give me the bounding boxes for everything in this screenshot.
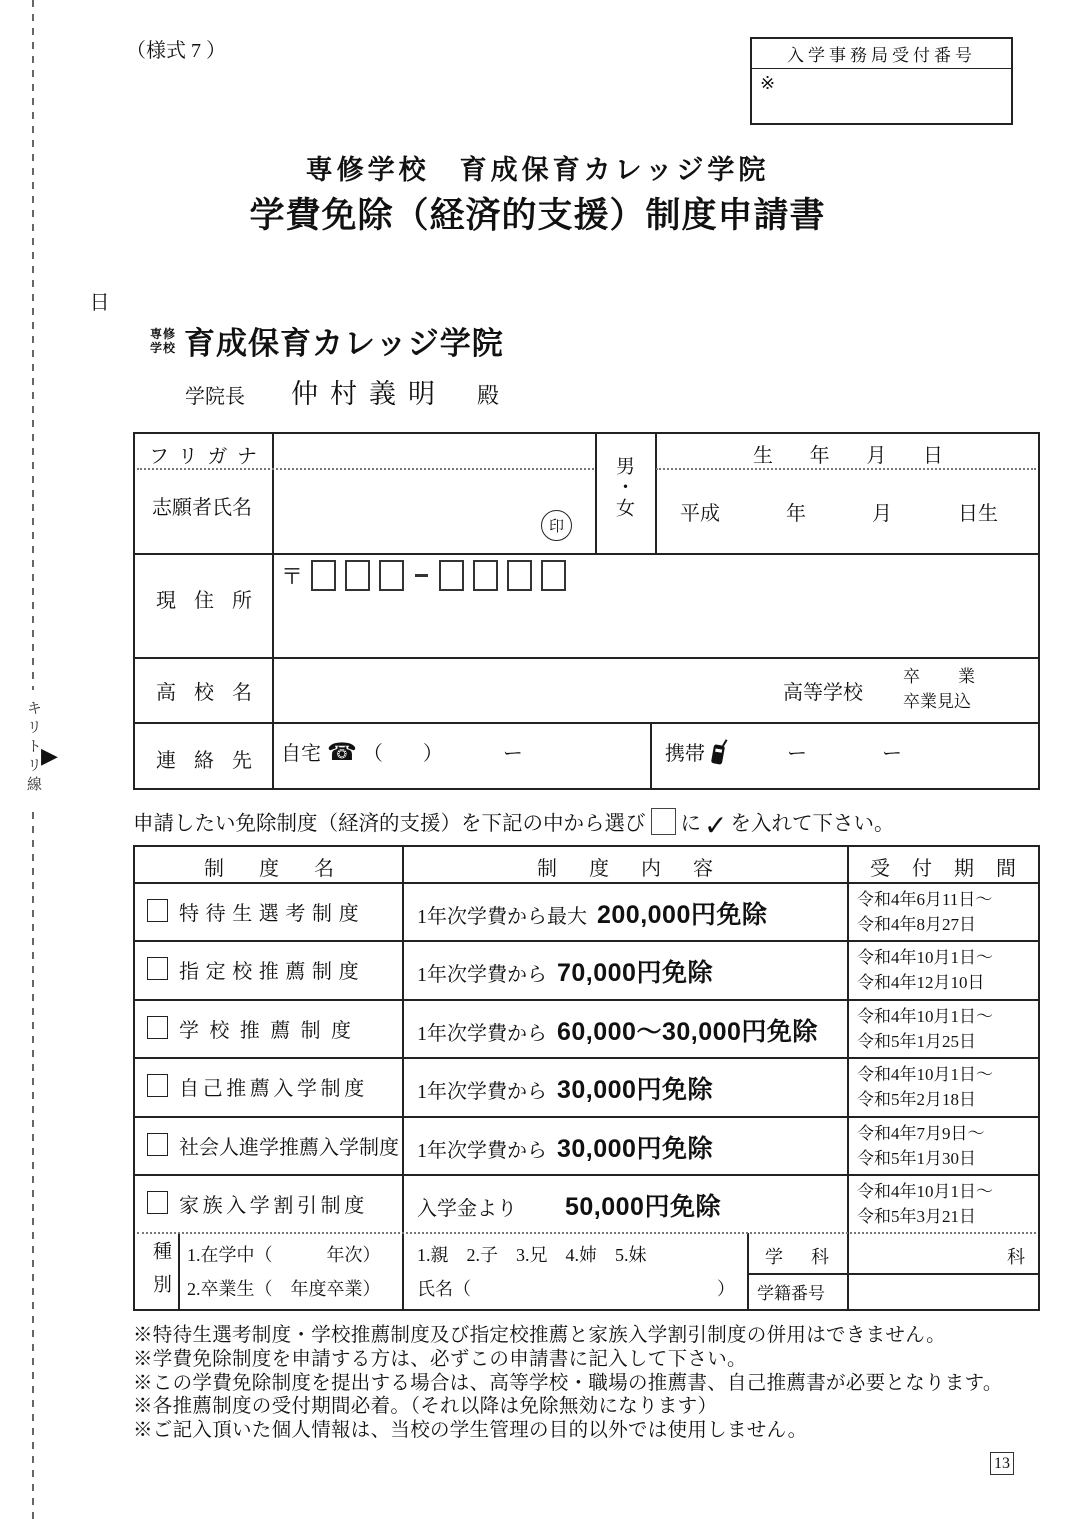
- seal-mark: 印: [541, 510, 572, 541]
- contact-label: 連絡先: [156, 744, 252, 773]
- school-name: 育成保育カレッジ学院: [460, 148, 770, 187]
- dean-line: 学院長 仲村義明 殿: [185, 372, 499, 411]
- exemption-programs-table: 制度名 制度内容 受付期間 特待生選考制度 1年次学費から最大200,000円免…: [133, 845, 1040, 1311]
- divider: [135, 657, 1038, 659]
- postal-digit-box[interactable]: [439, 560, 464, 591]
- checkbox-example-icon: [651, 808, 676, 835]
- program-desc: 1年次学費から最大200,000円免除: [417, 895, 767, 931]
- mobile-label: 携帯: [665, 737, 705, 766]
- home-phone-icon: ☎: [327, 738, 357, 766]
- checkbox-shiteiko[interactable]: [147, 957, 168, 980]
- birth-day-label: 日生: [958, 497, 998, 526]
- footnote: ※この学費免除制度を提出する場合は、高等学校・職場の推薦書、自己推薦書が必要とな…: [133, 1372, 1003, 1396]
- furigana-label: フリガナ: [149, 440, 257, 469]
- program-desc: 1年次学費から30,000円免除: [417, 1129, 713, 1165]
- program-name: 家族入学割引制度: [179, 1189, 368, 1218]
- divider: [655, 434, 657, 553]
- column-header-content: 制度内容: [537, 852, 713, 881]
- footnote: ※特待生選考制度・学校推薦制度及び指定校推薦と家族入学割引制度の併用はできません…: [133, 1324, 1003, 1348]
- program-name: 社会人進学推薦入学制度: [179, 1131, 399, 1160]
- applicant-name-label: 志願者氏名: [152, 491, 262, 520]
- mobile-dash-2: ー: [882, 737, 902, 766]
- program-desc: 入学金より50,000円免除: [417, 1187, 721, 1223]
- birth-date-field[interactable]: 平成 年 月 日生: [655, 497, 1038, 526]
- mobile-dash-1: ー: [787, 737, 807, 766]
- divider: [650, 722, 652, 788]
- application-form-page: キリトリ線 ▶ （様式 7 ） 入学事務局受付番号 ※ 専修学校 育成保育カレッ…: [0, 0, 1075, 1519]
- program-name: 特待生選考制度: [179, 897, 365, 926]
- receipt-number-field: ※: [752, 69, 1011, 124]
- instruction-line: 申請したい免除制度（経済的支援）を下記の中から選びに✓を入れて下さい。: [133, 806, 894, 842]
- category-label: 種別: [147, 1241, 174, 1307]
- graduation-status[interactable]: 卒業 卒業見込: [903, 664, 988, 714]
- postal-hyphen: [415, 574, 428, 577]
- receipt-number-box: 入学事務局受付番号 ※: [750, 37, 1013, 125]
- footnote: ※ご記入頂いた個人情報は、当校の学生管理の目的以外では使用しません。: [133, 1419, 1003, 1443]
- divider: [272, 434, 274, 788]
- student-id-field[interactable]: [847, 1275, 1037, 1307]
- program-period: 令和4年6月11日～ 令和4年8月27日: [857, 887, 992, 937]
- birth-month-label: 月: [872, 497, 892, 526]
- category-graduate-field[interactable]: 2.卒業生（ 年度卒業）: [187, 1275, 381, 1301]
- footnote: ※各推薦制度の受付期間必着。（それ以降は免除無効になります）: [133, 1395, 1003, 1419]
- home-label: 自宅: [281, 737, 321, 766]
- office-use-mark: ※: [760, 73, 775, 93]
- gender-field[interactable]: 男・女: [610, 456, 637, 536]
- checkbox-gakko-suisen[interactable]: [147, 1016, 168, 1039]
- program-desc: 1年次学費から70,000円免除: [417, 953, 713, 989]
- school-type: 専修学校: [306, 148, 430, 187]
- birth-era: 平成: [680, 497, 720, 526]
- category-enrolled-field[interactable]: 1.在学中（ 年次）: [187, 1241, 381, 1267]
- mobile-phone-field[interactable]: 携帯 ー ー: [665, 737, 902, 766]
- postal-digit-box[interactable]: [507, 560, 532, 591]
- postal-digit-box[interactable]: [345, 560, 370, 591]
- checkbox-kazoku[interactable]: [147, 1191, 168, 1214]
- address-input[interactable]: 〒: [281, 560, 981, 650]
- postal-mark: 〒: [281, 564, 303, 589]
- addressee-school-name: 育成保育カレッジ学院: [184, 318, 504, 363]
- dean-name: 仲村義明: [291, 372, 447, 411]
- divider: [402, 847, 404, 1309]
- applicant-name-input[interactable]: [275, 471, 535, 551]
- department-field[interactable]: 科: [847, 1243, 1025, 1269]
- honorific: 殿: [477, 379, 499, 410]
- program-name: 自己推薦入学制度: [179, 1072, 368, 1101]
- date-month-label: 月: [0, 286, 48, 752]
- program-period: 令和4年7月9日～ 令和5年1月30日: [857, 1121, 985, 1171]
- program-name: 学校推薦制度: [179, 1014, 361, 1043]
- grad-option-expected[interactable]: 卒業見込: [903, 689, 988, 714]
- high-school-input[interactable]: [281, 664, 761, 719]
- addressee-line: 専修 学校 育成保育カレッジ学院: [150, 318, 504, 363]
- program-period: 令和4年10月1日～ 令和5年1月25日: [857, 1004, 993, 1054]
- mobile-phone-icon: [709, 737, 728, 766]
- program-desc: 1年次学費から60,000～30,000円免除: [417, 1012, 818, 1048]
- form-code: （様式 7 ）: [126, 34, 226, 63]
- furigana-input[interactable]: [275, 436, 593, 467]
- receipt-box-title: 入学事務局受付番号: [752, 39, 1011, 69]
- divider: [135, 553, 1038, 555]
- postal-digit-box[interactable]: [473, 560, 498, 591]
- program-period: 令和4年10月1日～ 令和5年3月21日: [857, 1179, 993, 1229]
- divider: [137, 1232, 1036, 1234]
- program-desc: 1年次学費から30,000円免除: [417, 1070, 713, 1106]
- divider: [135, 1057, 1038, 1059]
- footnote: ※学費免除制度を申請する方は、必ずこの申請書に記入して下さい。: [133, 1348, 1003, 1372]
- department-label: 学科: [765, 1243, 829, 1269]
- postal-digit-box[interactable]: [311, 560, 336, 591]
- checkbox-shakaijin[interactable]: [147, 1133, 168, 1156]
- checkbox-tokutaisei[interactable]: [147, 899, 168, 922]
- divider: [135, 1174, 1038, 1176]
- divider: [135, 722, 1038, 724]
- column-header-program: 制度名: [204, 852, 334, 881]
- home-dash: ー: [503, 737, 523, 766]
- program-period: 令和4年10月1日～ 令和5年2月18日: [857, 1062, 993, 1112]
- divider: [747, 1233, 749, 1309]
- program-period: 令和4年10月1日～ 令和4年12月10日: [857, 945, 993, 995]
- column-header-period: 受付期間: [870, 852, 1016, 881]
- family-relation-options[interactable]: 1.親 2.子 3.兄 4.姉 5.妹: [417, 1241, 647, 1267]
- postal-digit-box[interactable]: [541, 560, 566, 591]
- birth-year-label: 年: [786, 497, 806, 526]
- program-name: 指定校推薦制度: [179, 955, 365, 984]
- student-id-label: 学籍番号: [757, 1279, 825, 1304]
- divider: [135, 882, 1038, 884]
- page-number: 13: [990, 1452, 1014, 1475]
- divider: [178, 1233, 180, 1309]
- divider: [135, 1116, 1038, 1118]
- high-school-suffix: 高等学校: [783, 676, 863, 705]
- birth-divider: [656, 468, 1036, 470]
- address-label: 現住所: [156, 584, 252, 613]
- family-name-field[interactable]: 氏名（ ）: [417, 1275, 735, 1301]
- birth-date-header: 生年月日: [753, 439, 943, 468]
- dean-title: 学院長: [185, 380, 245, 409]
- document-title: 学費免除（経済的支援）制度申請書: [0, 188, 1075, 238]
- applicant-info-table: フリガナ 志願者氏名 印 男・女 生年月日 平成 年 月 日生 現住所 〒: [133, 432, 1040, 790]
- divider: [135, 940, 1038, 942]
- document-title-school-line: 専修学校 育成保育カレッジ学院: [0, 148, 1075, 187]
- postal-digit-box[interactable]: [379, 560, 404, 591]
- divider: [135, 999, 1038, 1001]
- divider: [847, 847, 849, 1309]
- footnotes: ※特待生選考制度・学校推薦制度及び指定校推薦と家族入学割引制度の併用はできません…: [133, 1324, 1003, 1443]
- checkbox-jiko-suisen[interactable]: [147, 1074, 168, 1097]
- home-phone-field[interactable]: 自宅 ☎ （ ） ー: [281, 737, 523, 766]
- checkmark-example-icon: ✓: [704, 809, 727, 842]
- high-school-label: 高校名: [156, 676, 252, 705]
- addressee-school-type: 専修 学校: [150, 327, 176, 355]
- home-paren: （ ）: [363, 737, 443, 766]
- divider: [595, 434, 597, 553]
- grad-option-graduated[interactable]: 卒業: [903, 664, 975, 689]
